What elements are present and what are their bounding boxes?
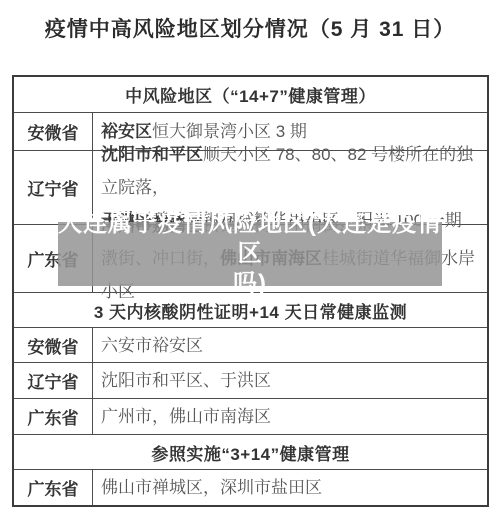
area-cell: 沈阳市和平区、于洪区 — [93, 363, 487, 398]
area-cell: 广州市，佛山市南海区 — [93, 399, 487, 434]
area-line: 佛山市禅城区，深圳市盐田区 — [101, 471, 479, 504]
area-line: 沈阳市和平区、于洪区 — [101, 364, 479, 397]
watermark-line2: 吗) — [233, 269, 267, 299]
area-line: 沈阳市和平区顺天小区 78、80、82 号楼所在的独立院落， — [101, 138, 479, 204]
area-text-segment: 沈阳市和平区 — [101, 145, 203, 164]
area-cell: 六安市裕安区 — [93, 328, 487, 362]
area-text-segment: 佛山市禅城区，深圳市盐田区 — [101, 478, 322, 497]
page-title: 疫情中高风险地区划分情况（5 月 31 日） — [0, 13, 500, 43]
province-cell: 安微省 — [14, 113, 93, 150]
table-row: 广东省 佛山市禅城区，深圳市盐田区 — [14, 469, 487, 505]
table-row: 安微省 六安市裕安区 — [14, 327, 487, 362]
table-row: 辽宁省 沈阳市和平区、于洪区 — [14, 362, 487, 398]
area-line: 六安市裕安区 — [101, 329, 479, 362]
area-cell: 佛山市禅城区，深圳市盐田区 — [93, 470, 487, 505]
province-cell: 广东省 — [14, 470, 93, 505]
area-line: 广州市，佛山市南海区 — [101, 400, 479, 433]
province-cell: 辽宁省 — [14, 363, 93, 398]
watermark-line1: 大连属于疫情风险地区(大连是疫情区 — [58, 209, 442, 269]
area-text-segment: 沈阳市和平区、于洪区 — [101, 371, 271, 390]
province-cell: 广东省 — [14, 399, 93, 434]
table-row: 广东省 广州市，佛山市南海区 — [14, 398, 487, 434]
area-text-segment: 六安市裕安区 — [101, 336, 203, 355]
watermark-overlay: 大连属于疫情风险地区(大连是疫情区 吗) — [58, 222, 442, 286]
section-header-medium-risk: 中风险地区（“14+7”健康管理） — [14, 77, 487, 112]
section-header-reference-3-14: 参照实施“3+14”健康管理 — [14, 434, 487, 469]
province-cell: 安微省 — [14, 328, 93, 362]
area-text-segment: 广州市，佛山市南海区 — [101, 407, 271, 426]
